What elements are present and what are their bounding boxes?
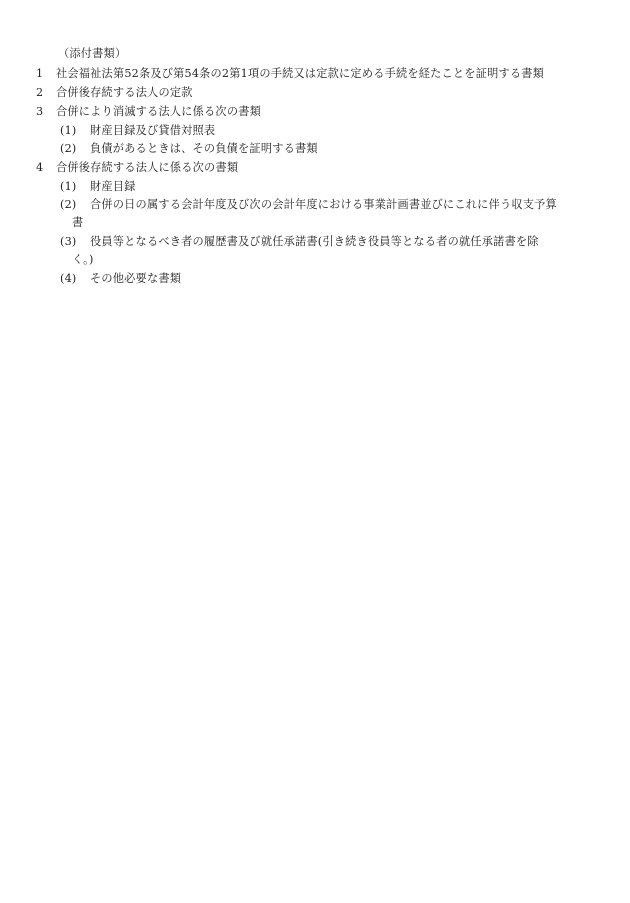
item-text: 合併後存続する法人に係る次の書類 — [56, 161, 238, 174]
list-item-2: 2合併後存続する法人の定款 — [36, 86, 193, 100]
item-number: 4 — [36, 161, 56, 175]
sub-item-number: (1) — [60, 124, 90, 138]
sub-item-text: その他必要な書類 — [90, 272, 181, 285]
list-item-1: 1社会福祉法第52条及び第54条の2第1項の手続又は定款に定める手続を経たことを… — [36, 67, 544, 81]
sub-item-number: (2) — [60, 198, 90, 212]
sub-item-4-2-continuation: 書 — [72, 216, 83, 230]
list-item-4: 4合併後存続する法人に係る次の書類 — [36, 161, 238, 175]
item-number: 3 — [36, 105, 56, 119]
sub-item-number: (3) — [60, 235, 90, 249]
sub-item-4-3: (3)役員等となるべき者の履歴書及び就任承諾書(引き続き役員等となる者の就任承諾… — [60, 235, 539, 249]
sub-item-3-2: (2)負債があるときは、その負債を証明する書類 — [60, 142, 318, 156]
sub-item-3-1: (1)財産目録及び貸借対照表 — [60, 124, 215, 138]
sub-item-number: (1) — [60, 180, 90, 194]
sub-item-text: 財産目録 — [90, 180, 136, 193]
item-text: 合併後存続する法人の定款 — [56, 86, 193, 99]
document-page: （添付書類） 1社会福祉法第52条及び第54条の2第1項の手続又は定款に定める手… — [0, 0, 630, 903]
sub-item-4-3-continuation: く。) — [72, 253, 94, 267]
sub-item-text: 合併の日の属する会計年度及び次の会計年度における事業計画書並びにこれに伴う収支予… — [90, 198, 557, 211]
sub-item-text: 負債があるときは、その負債を証明する書類 — [90, 142, 318, 155]
sub-item-number: (4) — [60, 272, 90, 286]
sub-item-4-2: (2)合併の日の属する会計年度及び次の会計年度における事業計画書並びにこれに伴う… — [60, 198, 557, 212]
attachments-heading: （添付書類） — [58, 47, 126, 61]
sub-item-text: 役員等となるべき者の履歴書及び就任承諾書(引き続き役員等となる者の就任承諾書を除 — [90, 235, 539, 248]
sub-item-4-1: (1)財産目録 — [60, 180, 136, 194]
item-text: 社会福祉法第52条及び第54条の2第1項の手続又は定款に定める手続を経たことを証… — [56, 67, 544, 80]
item-number: 1 — [36, 67, 56, 81]
list-item-3: 3合併により消滅する法人に係る次の書類 — [36, 105, 261, 119]
sub-item-text: 財産目録及び貸借対照表 — [90, 124, 215, 137]
item-number: 2 — [36, 86, 56, 100]
item-text: 合併により消滅する法人に係る次の書類 — [56, 105, 261, 118]
sub-item-number: (2) — [60, 142, 90, 156]
sub-item-4-4: (4)その他必要な書類 — [60, 272, 181, 286]
